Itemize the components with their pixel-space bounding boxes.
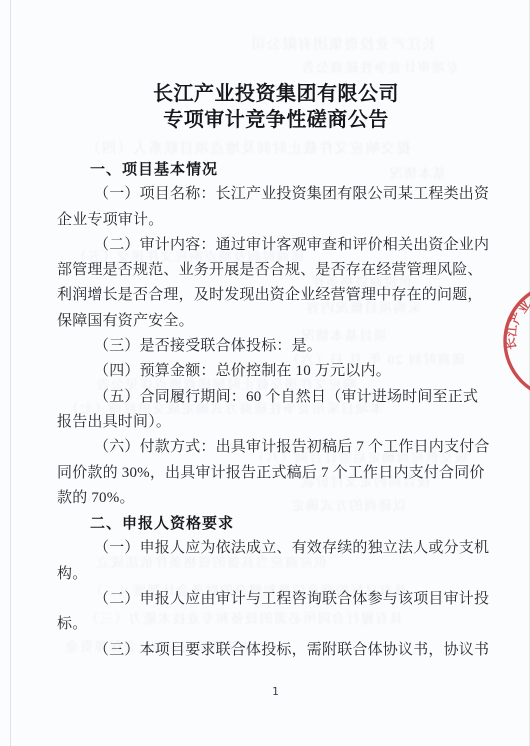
scan-edge-line-left: [10, 0, 11, 746]
text-line: （五）合同履行期间：60 个自然日（审计进场时间至正式: [57, 385, 473, 410]
document-title: 长江产业投资集团有限公司 专项审计竞争性磋商公告: [70, 81, 482, 133]
text-line: 报告出具时间）。: [57, 410, 473, 435]
title-line-2: 专项审计竞争性磋商公告: [70, 107, 482, 133]
seal-char: 江: [504, 323, 520, 337]
bleed-through-text: 专项审计竞争性磋商公告: [300, 57, 460, 76]
text-line: 保障国有资产安全。: [57, 309, 473, 334]
text-line: （三）本项目要求联合体投标，需附联合体协议书，协议书: [57, 638, 473, 663]
text-line: （一）项目名称：长江产业投资集团有限公司某工程类出资: [57, 182, 473, 207]
text-line: 企业专项审计。: [57, 208, 473, 233]
title-line-1: 长江产业投资集团有限公司: [70, 81, 482, 107]
text-line: 部管理是否规范、业务开展是否合规、是否存在经营管理风险、: [57, 258, 473, 283]
text-line: 同价款的 30%，出具审计报告正式稿后 7 个工作日内支付合同价: [57, 461, 473, 486]
text-line: （四）预算金额：总价控制在 10 万元以内。: [57, 359, 473, 384]
text-line: 利润增长是否合理，及时发现出资企业经营管理中存在的问题，: [57, 283, 473, 308]
red-seal-stamp: 业 产 江 长: [490, 283, 530, 403]
section-heading: 二、申报人资格要求: [57, 511, 473, 536]
text-line: （三）是否接受联合体投标：是。: [57, 334, 473, 359]
text-line: （一）申报人应为依法成立、有效存续的独立法人或分支机: [57, 536, 473, 561]
bleed-through-text: 长江产业投资集团有限公司: [250, 34, 436, 54]
text-line: 标。: [57, 612, 473, 637]
text-line: （二）审计内容：通过审计客观审查和评价相关出资企业内: [57, 233, 473, 258]
seal-char: 长: [502, 337, 519, 351]
document-page: 长江产业投资集团有限公司专项审计竞争性磋商公告提交响应文件截止时间及地点项目联系…: [0, 0, 530, 746]
bleed-through-text: 提交响应文件截止时间及地点项目联系人（四）: [85, 138, 411, 158]
document-body: 一、项目基本情况（一）项目名称：长江产业投资集团有限公司某工程类出资企业专项审计…: [57, 157, 473, 663]
section-heading: 一、项目基本情况: [57, 157, 473, 182]
text-line: 款的 70%。: [57, 486, 473, 511]
page-number: 1: [272, 685, 279, 698]
text-line: （二）申报人应由审计与工程咨询联合体参与该项目审计投: [57, 587, 473, 612]
text-line: 构。: [57, 562, 473, 587]
text-line: （六）付款方式：出具审计报告初稿后 7 个工作日内支付合: [57, 435, 473, 460]
